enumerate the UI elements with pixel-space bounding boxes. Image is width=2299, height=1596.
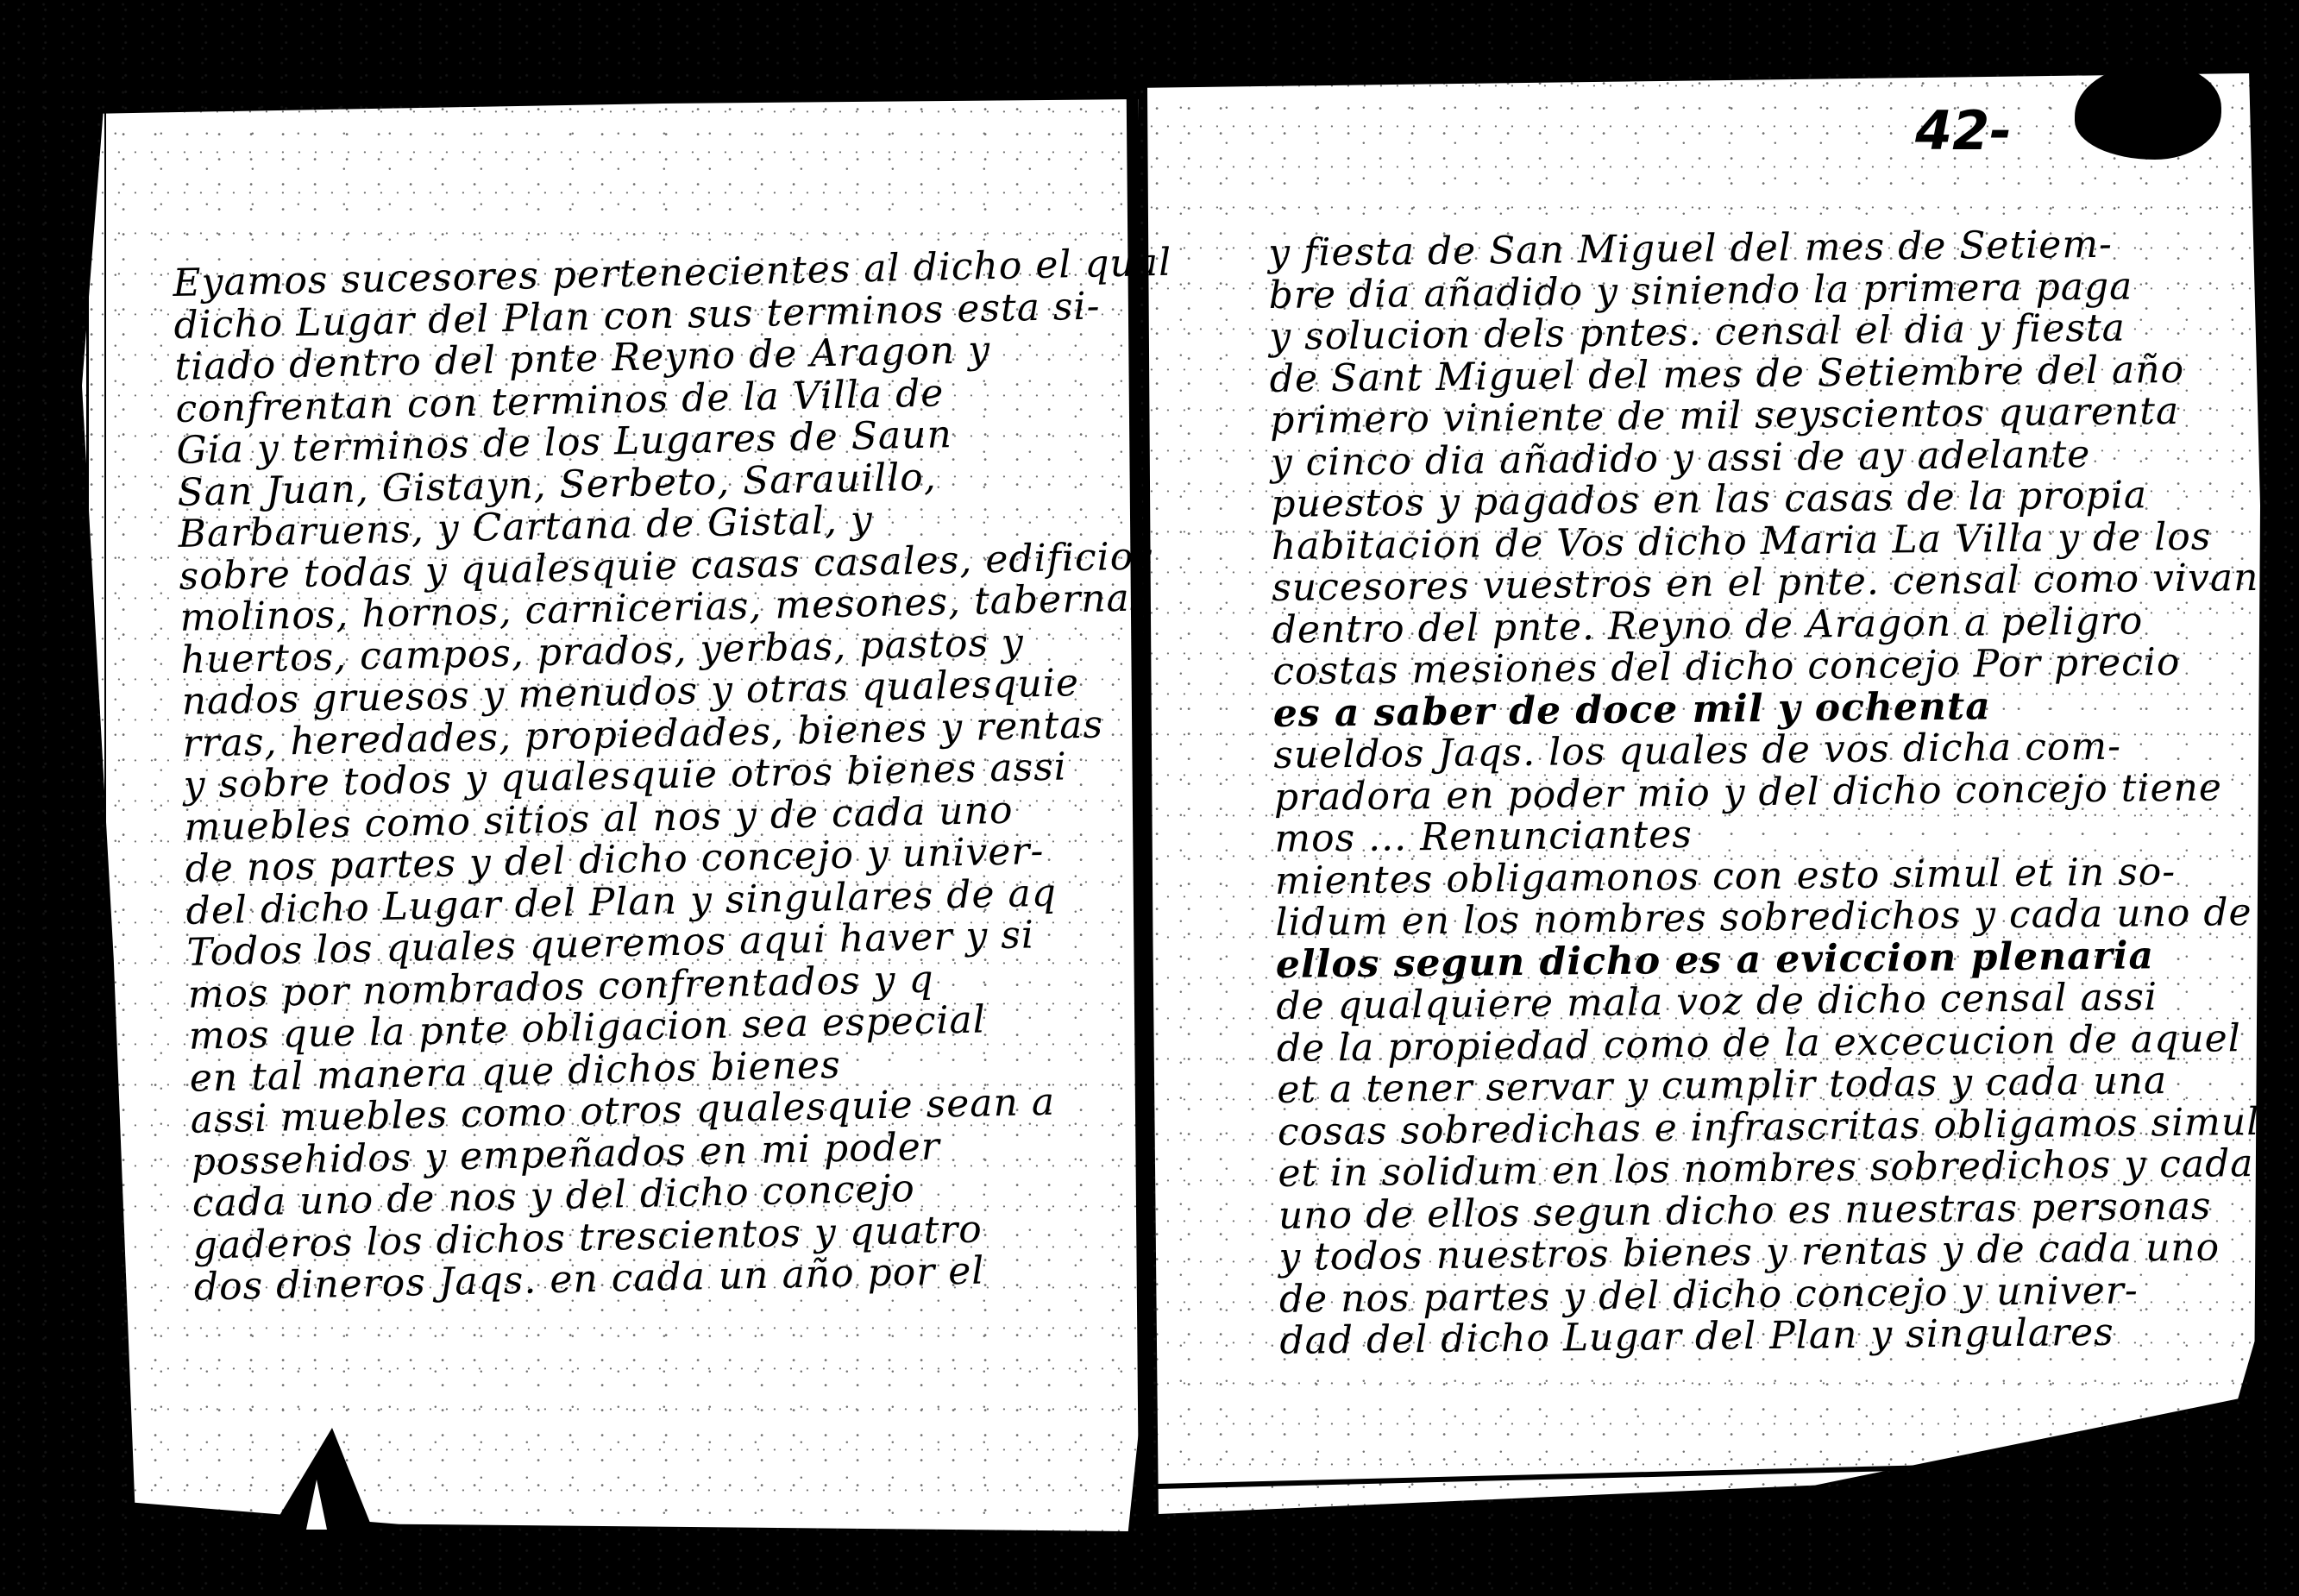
right-page-text: y fiesta de San Miguel del mes de Setiem… [1268, 223, 2267, 1362]
page-number: 42- [1915, 99, 2012, 162]
left-page-text: Eyamos sucesores pertenecientes al dicho… [173, 242, 1193, 1309]
ink-blot [2075, 65, 2221, 160]
page-damage-notch [306, 1480, 327, 1530]
left-page-edge [86, 112, 106, 1518]
